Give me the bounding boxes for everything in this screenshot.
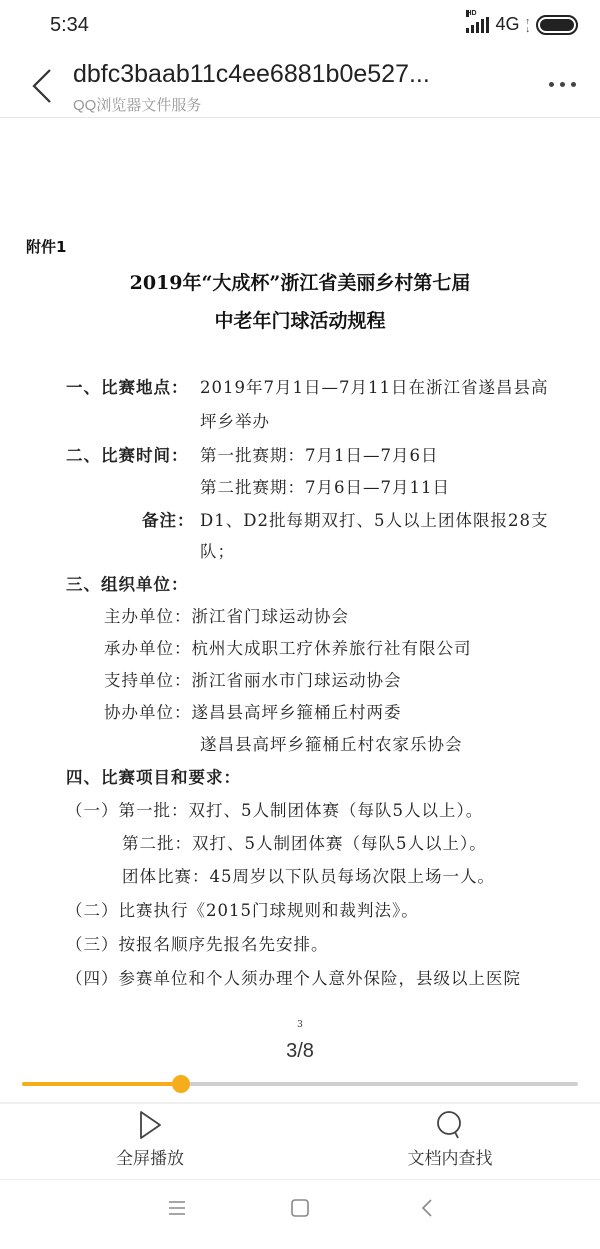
section-3-host: 主办单位：浙江省门球运动协会 bbox=[104, 603, 349, 627]
page-footer-number: 3 bbox=[0, 1020, 600, 1030]
page-slider-thumb[interactable] bbox=[172, 1075, 190, 1093]
play-icon bbox=[136, 1110, 164, 1140]
page-indicator: 3/8 bbox=[0, 1040, 600, 1063]
section-2-note-label: 备注： bbox=[142, 507, 195, 531]
attachment-label: 附件1 bbox=[26, 236, 66, 257]
section-3-co-organizer-2: 遂昌县高坪乡箍桶丘村农家乐协会 bbox=[200, 731, 463, 755]
status-icons: HD 4G ↑↓ bbox=[466, 14, 578, 35]
page-slider[interactable] bbox=[22, 1082, 578, 1086]
status-bar: 5:34 HD 4G ↑↓ bbox=[0, 0, 600, 52]
back-arrow-icon[interactable] bbox=[28, 66, 58, 106]
system-nav-bar bbox=[0, 1180, 600, 1249]
status-time: 5:34 bbox=[50, 14, 89, 37]
file-subtitle: QQ浏览器文件服务 bbox=[73, 94, 201, 115]
page-slider-progress bbox=[22, 1082, 180, 1086]
network-arrows-icon: ↑↓ bbox=[526, 17, 531, 33]
find-in-document-button[interactable]: 文档内查找 bbox=[380, 1110, 520, 1169]
battery-icon bbox=[536, 15, 578, 35]
more-icon[interactable] bbox=[549, 82, 576, 87]
fullscreen-play-label: 全屏播放 bbox=[116, 1144, 184, 1169]
search-icon bbox=[435, 1110, 465, 1140]
section-1-text: 2019年7月1日—7月11日在浙江省遂昌县高 bbox=[200, 374, 548, 398]
section-2-note-cont: 队； bbox=[200, 538, 235, 562]
bottom-toolbar: 全屏播放 文档内查找 bbox=[0, 1104, 600, 1180]
doc-title-line2: 中老年门球活动规程 bbox=[0, 306, 600, 333]
back-icon[interactable] bbox=[420, 1198, 434, 1223]
section-2-note: D1、D2批每期双打、5人以上团体限报28支 bbox=[200, 507, 548, 531]
file-title: dbfc3baab11c4ee6881b0e527... bbox=[73, 60, 430, 89]
fullscreen-play-button[interactable]: 全屏播放 bbox=[80, 1110, 220, 1169]
section-3-support: 支持单位：浙江省丽水市门球运动协会 bbox=[104, 667, 402, 691]
section-2-batch1: 第一批赛期：7月1日—7月6日 bbox=[200, 442, 439, 466]
section-3-organizer: 承办单位：杭州大成职工疗休养旅行社有限公司 bbox=[104, 635, 472, 659]
section-2-heading: 二、比赛时间： bbox=[66, 442, 189, 466]
section-4-item-1c: 团体比赛：45周岁以下队员每场次限上场一人。 bbox=[122, 863, 495, 887]
section-4-item-3: （三）按报名顺序先报名先安排。 bbox=[66, 931, 329, 955]
section-3-heading: 三、组织单位： bbox=[66, 571, 189, 595]
find-in-document-label: 文档内查找 bbox=[408, 1144, 493, 1169]
document-page: 附件1 2019年“大成杯”浙江省美丽乡村第七届 中老年门球活动规程 一、比赛地… bbox=[0, 118, 600, 1018]
section-3-co-organizer: 协办单位：遂昌县高坪乡箍桶丘村两委 bbox=[104, 699, 402, 723]
doc-title-line1: 2019年“大成杯”浙江省美丽乡村第七届 bbox=[0, 268, 600, 295]
section-4-item-1: （一）第一批：双打、5人制团体赛（每队5人以上）。 bbox=[66, 797, 483, 821]
section-4-item-2: （二）比赛执行《2015门球规则和裁判法》。 bbox=[66, 897, 419, 921]
home-icon[interactable] bbox=[290, 1198, 310, 1223]
signal-icon: HD bbox=[466, 17, 489, 33]
section-1-heading: 一、比赛地点： bbox=[66, 374, 189, 398]
menu-icon[interactable] bbox=[167, 1198, 187, 1223]
section-1-text-cont: 坪乡举办 bbox=[200, 408, 270, 432]
app-bar: dbfc3baab11c4ee6881b0e527... QQ浏览器文件服务 bbox=[0, 52, 600, 118]
section-4-item-1b: 第二批：双打、5人制团体赛（每队5人以上）。 bbox=[122, 830, 487, 854]
section-4-heading: 四、比赛项目和要求： bbox=[66, 764, 241, 788]
section-4-item-4: （四）参赛单位和个人须办理个人意外保险，县级以上医院 bbox=[66, 965, 521, 989]
hd-label: HD bbox=[466, 10, 469, 17]
section-2-batch2: 第二批赛期：7月6日—7月11日 bbox=[200, 474, 450, 498]
network-type: 4G bbox=[495, 14, 519, 35]
